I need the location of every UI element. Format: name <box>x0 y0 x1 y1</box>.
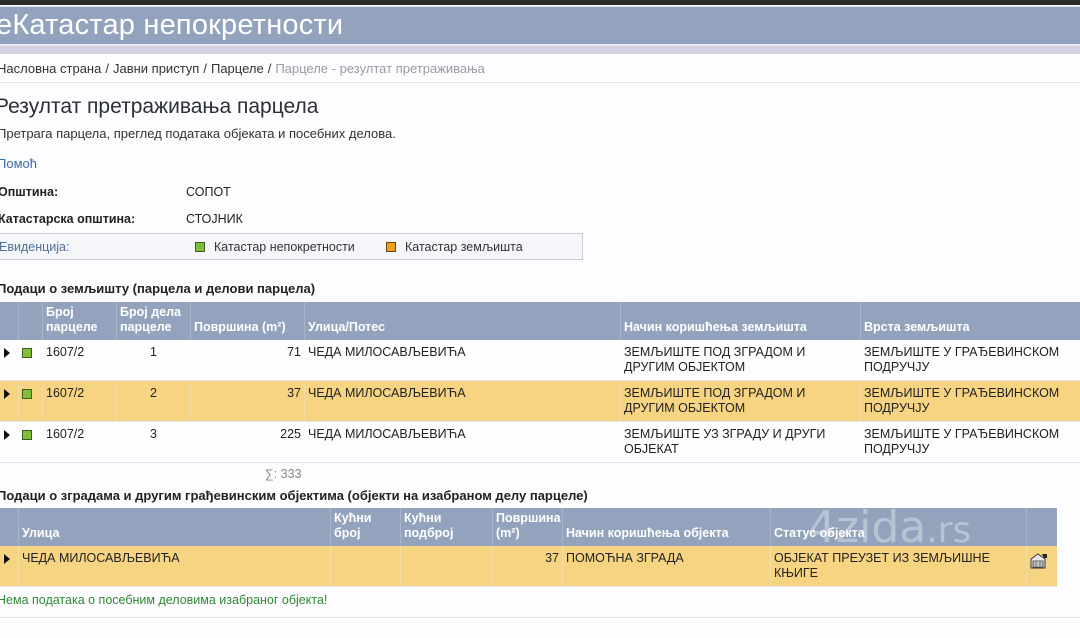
orange-square-icon <box>386 242 396 252</box>
parcel-part: 3 <box>117 422 191 463</box>
divider <box>0 82 1080 83</box>
breadcrumb-separator: / <box>105 61 109 76</box>
green-square-icon <box>22 430 32 440</box>
land-usage: ЗЕМЉИШТЕ УЗ ЗГРАДУ И ДРУГИ ОБЈЕКАТ <box>621 422 861 463</box>
details-cell[interactable] <box>1027 546 1057 587</box>
expand-arrow-icon[interactable] <box>4 554 10 564</box>
legend-label: Катастар непокретности <box>214 240 355 254</box>
col-house-number[interactable]: Кућни број <box>331 508 401 546</box>
area: 37 <box>493 546 563 587</box>
breadcrumb-current: Парцеле - резултат претраживања <box>275 61 485 76</box>
expand-arrow-icon[interactable] <box>4 430 10 440</box>
area: 37 <box>191 381 305 422</box>
green-square-icon <box>22 389 32 399</box>
help-link[interactable]: Помоћ <box>0 156 37 171</box>
house-subnumber <box>401 546 493 587</box>
divider <box>0 617 1080 618</box>
expand-arrow-icon[interactable] <box>4 389 10 399</box>
expand-arrow-icon[interactable] <box>4 348 10 358</box>
cadastral-municipality-label: Катастарска општина: <box>0 212 135 226</box>
object-usage: ПОМОЋНА ЗГРАДА <box>563 546 771 587</box>
evidence-cell <box>19 381 43 422</box>
object-details-icon[interactable] <box>1030 553 1048 569</box>
col-actions <box>1027 508 1057 546</box>
parcel-number[interactable]: 1607/2 <box>43 381 117 422</box>
house-number <box>331 546 401 587</box>
land-table-row[interactable]: 1607/2171ЧЕДА МИЛОСАВЉЕВИЋАЗЕМЉИШТЕ ПОД … <box>0 340 1080 381</box>
header-subbar <box>0 46 1080 54</box>
breadcrumb: Насловна страна/Јавни приступ/Парцеле/Па… <box>0 61 485 76</box>
buildings-table: Улица Кућни број Кућни подброј Површина … <box>0 508 1057 587</box>
legend-land-cadastre: Катастар земљишта <box>386 240 523 254</box>
col-area[interactable]: Површина (m²) <box>493 508 563 546</box>
col-evidence <box>19 302 43 340</box>
expand-cell[interactable] <box>0 381 19 422</box>
expand-cell[interactable] <box>0 422 19 463</box>
breadcrumb-separator: / <box>203 61 207 76</box>
parcel-number[interactable]: 1607/2 <box>43 340 117 381</box>
col-object-status[interactable]: Статус објекта <box>771 508 1027 546</box>
street: ЧЕДА МИЛОСАВЉЕВИЋА <box>19 546 331 587</box>
col-expand <box>0 302 19 340</box>
evidence-cell <box>19 340 43 381</box>
evidence-label: Евиденција: <box>0 240 69 254</box>
col-street[interactable]: Улица/Потес <box>305 302 621 340</box>
municipality-label: Општина: <box>0 185 58 199</box>
parcel-number[interactable]: 1607/2 <box>43 422 117 463</box>
land-type: ЗЕМЉИШТЕ У ГРАЂЕВИНСКОМ ПОДРУЧЈУ <box>861 340 1080 381</box>
evidence-cell <box>19 422 43 463</box>
col-street[interactable]: Улица <box>19 508 331 546</box>
municipality-value: СОПОТ <box>186 185 231 199</box>
buildings-table-row[interactable]: ЧЕДА МИЛОСАВЉЕВИЋА37ПОМОЋНА ЗГРАДАОБЈЕКА… <box>0 546 1057 587</box>
land-table-row[interactable]: 1607/2237ЧЕДА МИЛОСАВЉЕВИЋАЗЕМЉИШТЕ ПОД … <box>0 381 1080 422</box>
area-sum: ∑: 333 <box>191 463 305 488</box>
breadcrumb-home[interactable]: Насловна страна <box>0 61 101 76</box>
buildings-section-title: Подаци о зградама и другим грађевинским … <box>0 488 588 503</box>
expand-cell[interactable] <box>0 546 19 587</box>
legend-label: Катастар земљишта <box>405 240 523 254</box>
col-expand <box>0 508 19 546</box>
browser-top-bar <box>0 0 1080 5</box>
land-type: ЗЕМЉИШТЕ У ГРАЂЕВИНСКОМ ПОДРУЧЈУ <box>861 422 1080 463</box>
no-parts-message: Нема података о посебним деловима изабра… <box>0 593 327 607</box>
area: 71 <box>191 340 305 381</box>
buildings-table-header: Улица Кућни број Кућни подброј Површина … <box>0 508 1057 546</box>
col-parcel-number[interactable]: Број парцеле <box>43 302 117 340</box>
col-object-usage[interactable]: Начин коришћења објекта <box>563 508 771 546</box>
breadcrumb-parcels[interactable]: Парцеле <box>211 61 264 76</box>
sum-row: ∑: 333 <box>0 463 1080 488</box>
land-section-title: Подаци о земљишту (парцела и делови парц… <box>0 281 315 296</box>
land-table-row[interactable]: 1607/23225ЧЕДА МИЛОСАВЉЕВИЋАЗЕМЉИШТЕ УЗ … <box>0 422 1080 463</box>
street: ЧЕДА МИЛОСАВЉЕВИЋА <box>305 340 621 381</box>
app-header: еКатастар непокретности <box>0 6 1080 46</box>
breadcrumb-separator: / <box>268 61 272 76</box>
page-description: Претрага парцела, преглед података објек… <box>0 126 396 141</box>
legend-real-estate-cadastre: Катастар непокретности <box>195 240 355 254</box>
col-land-type[interactable]: Врста земљишта <box>861 302 1080 340</box>
page-title: Резултат претраживања парцела <box>0 95 318 119</box>
street: ЧЕДА МИЛОСАВЉЕВИЋА <box>305 422 621 463</box>
land-usage: ЗЕМЉИШТЕ ПОД ЗГРАДОМ И ДРУГИМ ОБЈЕКТОМ <box>621 381 861 422</box>
col-parcel-part[interactable]: Број дела парцеле <box>117 302 191 340</box>
land-table-header: Број парцеле Број дела парцеле Површина … <box>0 302 1080 340</box>
col-house-subnumber[interactable]: Кућни подброј <box>401 508 493 546</box>
green-square-icon <box>22 348 32 358</box>
land-table: Број парцеле Број дела парцеле Површина … <box>0 302 1080 487</box>
expand-cell[interactable] <box>0 340 19 381</box>
cadastral-municipality-value: СТОЈНИК <box>186 212 243 226</box>
object-status: ОБЈЕКАТ ПРЕУЗЕТ ИЗ ЗЕМЉИШНЕ КЊИГЕ <box>771 546 1027 587</box>
parcel-part: 2 <box>117 381 191 422</box>
land-type: ЗЕМЉИШТЕ У ГРАЂЕВИНСКОМ ПОДРУЧЈУ <box>861 381 1080 422</box>
land-usage: ЗЕМЉИШТЕ ПОД ЗГРАДОМ И ДРУГИМ ОБЈЕКТОМ <box>621 340 861 381</box>
col-land-usage[interactable]: Начин коришћења земљишта <box>621 302 861 340</box>
parcel-part: 1 <box>117 340 191 381</box>
green-square-icon <box>195 242 205 252</box>
area: 225 <box>191 422 305 463</box>
evidence-legend-box: Евиденција: Катастар непокретности Катас… <box>0 233 583 260</box>
breadcrumb-public-access[interactable]: Јавни приступ <box>113 61 199 76</box>
app-title: еКатастар непокретности <box>0 9 343 42</box>
col-area[interactable]: Површина (m²) <box>191 302 305 340</box>
street: ЧЕДА МИЛОСАВЉЕВИЋА <box>305 381 621 422</box>
